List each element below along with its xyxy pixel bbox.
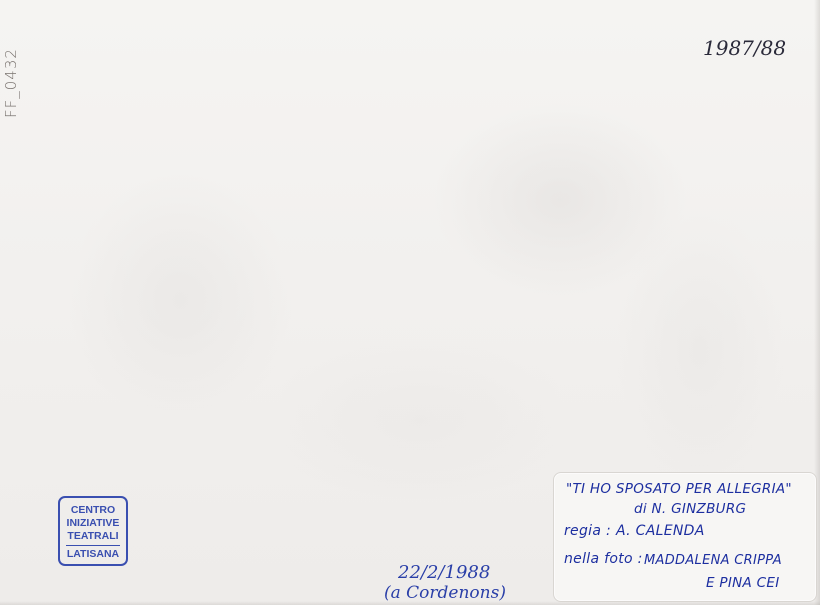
stamp-location: LATISANA	[60, 548, 126, 561]
stamp-divider	[66, 545, 120, 546]
archive-code: FF_0432	[2, 58, 20, 118]
director-label: regia :	[564, 523, 611, 539]
director-name: A. CALENDA	[616, 523, 705, 539]
stamp-line-1: CENTRO	[60, 504, 126, 517]
caption-label: "TI HO SPOSATO PER ALLEGRIA" di N. GINZB…	[553, 472, 817, 602]
stamp-line-3: TEATRALI	[60, 530, 126, 543]
cast-label: nella foto :	[564, 551, 643, 567]
play-author: di N. GINZBURG	[634, 501, 746, 517]
stamp-line-2: INIZIATIVE	[60, 517, 126, 530]
cast-line-2: E PINA CEI	[706, 575, 780, 591]
theater-stamp: CENTRO INIZIATIVE TEATRALI LATISANA	[58, 496, 128, 566]
play-title: "TI HO SPOSATO PER ALLEGRIA"	[566, 481, 792, 497]
cast-line-1: MADDALENA CRIPPA	[644, 553, 782, 568]
season-note: 1987/88	[703, 36, 786, 60]
performance-date: 22/2/1988	[398, 562, 490, 583]
performance-place: (a Cordenons)	[384, 583, 506, 603]
